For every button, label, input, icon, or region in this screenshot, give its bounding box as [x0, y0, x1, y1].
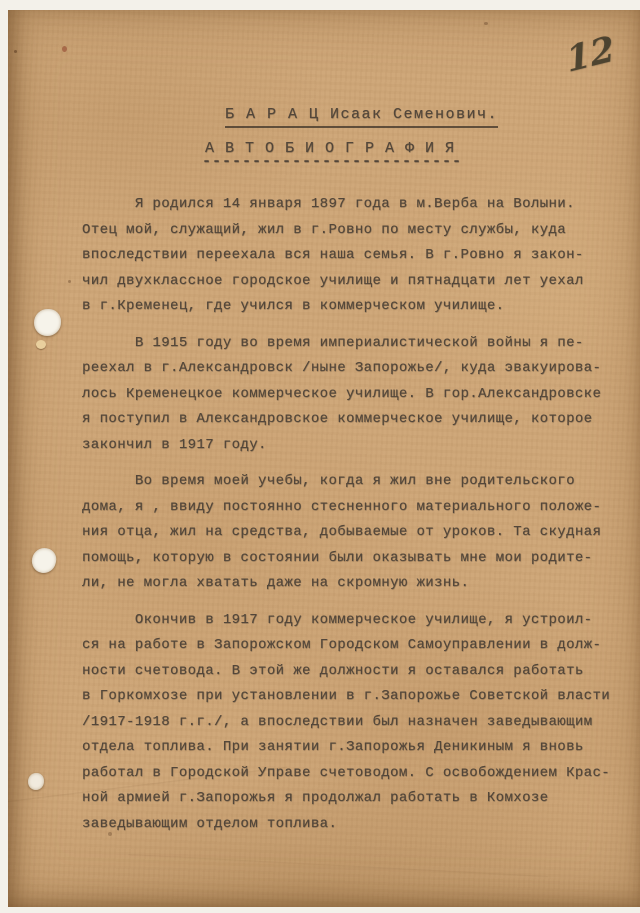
paragraph-birth-family: Я родился 14 января 1897 года в м.Верба … — [82, 192, 638, 320]
title-dashed-underline: -------------------------- — [202, 153, 462, 170]
paper-chip — [36, 340, 46, 349]
document-page: 12 Б А Р А Ц Исаак Семенович. А В Т О Б … — [8, 10, 640, 907]
document-body: Я родился 14 января 1897 года в м.Верба … — [82, 192, 638, 848]
punch-hole — [34, 309, 61, 336]
ink-speck — [14, 50, 17, 53]
handwritten-page-number: 12 — [564, 28, 617, 81]
ink-speck — [62, 46, 67, 52]
paragraph-studies-hardship: Во время моей учебы, когда я жил вне род… — [82, 469, 638, 597]
ink-speck — [484, 22, 488, 25]
ink-speck — [68, 280, 71, 283]
paragraph-work-history: Окончив в 1917 году коммерческое училище… — [82, 608, 638, 838]
author-name-line: Б А Р А Ц Исаак Семенович. — [225, 106, 498, 128]
paper-crease — [128, 854, 548, 878]
punch-hole — [30, 546, 59, 575]
paragraph-wartime-move: В 1915 году во время империалистической … — [82, 331, 638, 459]
scanned-document: 12 Б А Р А Ц Исаак Семенович. А В Т О Б … — [0, 0, 640, 913]
punch-hole — [28, 773, 44, 790]
